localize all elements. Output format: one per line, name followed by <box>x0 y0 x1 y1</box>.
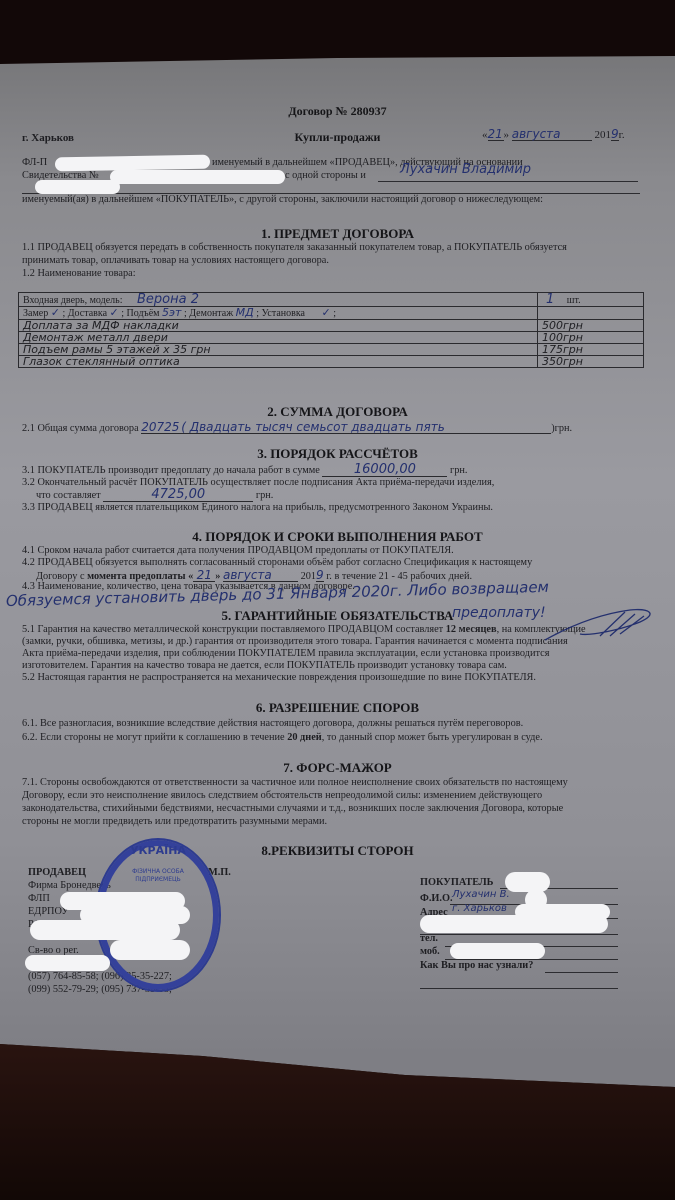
item-price: 500грн <box>538 320 644 332</box>
table-row: Входная дверь, модель: Верона 2 1 шт. <box>19 293 644 307</box>
model-value: Верона 2 <box>137 292 199 307</box>
item-name: Доплата за МДФ накладки <box>19 320 538 332</box>
clause-6-1: 6.1. Все разногласия, возникшие вследств… <box>22 718 523 730</box>
stamp-text: ПІДПРИЄМЕЦЬ <box>97 876 219 883</box>
total-amount-words: ( Двадцать тысяч семьсот двадцать пять <box>181 421 551 434</box>
redaction <box>420 915 608 933</box>
clause-1-1-cont: принимать товар, оплачивать товар на усл… <box>22 255 329 267</box>
qty-unit: шт. <box>567 295 581 306</box>
model-label: Входная дверь, модель: <box>23 295 123 306</box>
section-7-heading: 7. ФОРС-МАЖОР <box>0 760 675 776</box>
clause-5-1-b: (замки, ручки, обшивка, метизы, и др.) г… <box>22 636 568 648</box>
underline <box>420 988 618 989</box>
buyer-name-underline <box>378 181 638 182</box>
redaction <box>110 940 190 960</box>
clause-5-1-d: изготовителем. Гарантия на качество това… <box>22 660 507 672</box>
item-name: Подъем рамы 5 этажей х 35 грн <box>19 344 538 356</box>
text: 6.2. Если стороны не могут прийти к согл… <box>22 732 285 743</box>
table-row: Замер ✓ ; Доставка ✓ ; Подъём 5эт ; Демо… <box>19 307 644 320</box>
item-price: 350грн <box>538 356 644 368</box>
table-row: Доплата за МДФ накладки 500грн <box>19 320 644 332</box>
section-6-heading: 6. РАЗРЕШЕНИЕ СПОРОВ <box>0 700 675 716</box>
intro-line-2: с одной стороны и <box>285 170 366 182</box>
semicolon: ; <box>333 308 336 319</box>
prepayment-label: 3.1 ПОКУПАТЕЛЬ производит предоплату до … <box>22 465 320 476</box>
date-year: 201 <box>595 129 612 141</box>
delivery-label: ; Доставка <box>62 308 107 319</box>
item-price: 175грн <box>538 344 644 356</box>
clause-4-2: 4.2 ПРОДАВЕЦ обязуется выполнять согласо… <box>22 557 532 569</box>
redaction <box>30 920 180 940</box>
qty-value: 1 <box>546 292 554 307</box>
item-name: Глазок стеклянный оптика <box>19 356 538 368</box>
seller-flp-label: ФЛ-П <box>22 157 47 169</box>
tel-label: тел. <box>420 933 438 945</box>
measure-check: ✓ <box>51 306 60 319</box>
text: 5.1 Гарантия на качество металлической к… <box>22 624 443 635</box>
total-label: 2.1 Общая сумма договора <box>22 423 139 434</box>
clause-7-1-d: стороны не могли предвидеть или предотвр… <box>22 816 327 828</box>
handwritten-note-cont: предоплату! <box>452 605 546 621</box>
clause-5-1: 5.1 Гарантия на качество металлической к… <box>22 624 586 636</box>
clause-3-2-cont: что составляет 4725,00 грн. <box>36 489 273 502</box>
clause-5-2: 5.2 Настоящая гарантия не распространяет… <box>22 672 536 684</box>
qty-cell: 1 шт. <box>538 293 644 307</box>
redaction <box>505 872 550 892</box>
model-cell: Входная дверь, модель: Верона 2 <box>19 293 538 307</box>
table-row: Демонтаж металл двери 100грн <box>19 332 644 344</box>
section-3-heading: 3. ПОРЯДОК РАССЧЁТОВ <box>0 446 675 462</box>
buyer-title: ПОКУПАТЕЛЬ <box>420 877 493 889</box>
stamp-text: УКРАЇНА <box>97 844 219 857</box>
redaction <box>25 955 110 971</box>
redaction <box>450 943 545 959</box>
clause-4-1: 4.1 Сроком начала работ считается дата п… <box>22 545 454 557</box>
date-day: 21 <box>488 128 504 141</box>
clause-7-1: 7.1. Стороны освобождаются от ответствен… <box>22 777 568 789</box>
seller-flp: ФЛП <box>28 893 50 905</box>
services-cell: Замер ✓ ; Доставка ✓ ; Подъём 5эт ; Демо… <box>19 307 538 320</box>
clause-3-3: 3.3 ПРОДАВЕЦ является плательщиком Едино… <box>22 502 493 514</box>
underline <box>545 972 618 973</box>
redaction <box>55 155 210 172</box>
date-month: августа <box>512 128 592 141</box>
clause-2-1: 2.1 Общая сумма договора 20725( Двадцать… <box>22 421 572 435</box>
section-4-heading: 4. ПОРЯДОК И СРОКИ ВЫПОЛНЕНИЯ РАБОТ <box>0 529 675 545</box>
final-payment-amount: 4725,00 <box>103 489 253 502</box>
dismantle-label: ; Демонтаж <box>184 308 233 319</box>
signature-mark <box>540 606 660 644</box>
text: , то данный спор может быть урегулирован… <box>322 732 543 743</box>
redaction <box>110 170 285 184</box>
clause-6-2: 6.2. Если стороны не могут прийти к согл… <box>22 732 543 744</box>
buyer-name: Лухачин Владимир <box>400 162 531 177</box>
section-2-heading: 2. СУММА ДОГОВОРА <box>0 404 675 420</box>
intro-line-3: именуемый(ая) в дальнейшем «ПОКУПАТЕЛЬ»,… <box>22 194 543 206</box>
measure-label: Замер <box>23 308 48 319</box>
date-year-unit: г. <box>619 129 625 141</box>
underline <box>420 934 618 935</box>
currency: грн. <box>256 490 273 501</box>
lift-label: ; Подъём <box>121 308 159 319</box>
date-year-digit: 9 <box>611 128 619 141</box>
prepayment-amount: 16000,00 <box>322 464 447 477</box>
dispute-period: 20 дней <box>287 732 322 743</box>
lift-value: 5эт <box>162 306 181 319</box>
item-price: 100грн <box>538 332 644 344</box>
clause-5-1-c: Акта приёма-передачи изделия, при соблюд… <box>22 648 549 660</box>
seller-title: ПРОДАВЕЦ <box>28 867 86 879</box>
final-payment-label: что составляет <box>36 490 101 501</box>
delivery-check: ✓ <box>110 306 119 319</box>
currency: )грн. <box>551 423 572 434</box>
total-amount: 20725 <box>141 421 181 434</box>
contract-title: Договор № 280937 <box>0 104 675 119</box>
clause-3-2: 3.2 Окончательный расчёт ПОКУПАТЕЛЬ осущ… <box>22 477 494 489</box>
fio-value: Лухачин В. <box>452 889 510 900</box>
contract-date: «21» августа 2019г. <box>482 128 625 141</box>
dismantle-value: МД <box>236 306 254 319</box>
clause-7-1-b: Договору, если это неисполнение явилось … <box>22 790 542 802</box>
redaction <box>35 180 120 194</box>
mob-label: моб. <box>420 946 440 958</box>
install-check: ✓ <box>321 306 330 319</box>
source-question: Как Вы про нас узнали? <box>420 960 533 972</box>
currency: грн. <box>450 465 467 476</box>
clause-1-1: 1.1 ПРОДАВЕЦ обязуется передать в собств… <box>22 242 567 254</box>
address-value: г. Харьков <box>452 903 507 914</box>
stamp-text: ФІЗИЧНА ОСОБА <box>97 868 219 875</box>
section-1-heading: 1. ПРЕДМЕТ ДОГОВОРА <box>0 226 675 242</box>
clause-7-1-c: законодательства, стихийными бедствиями,… <box>22 803 563 815</box>
goods-table: Входная дверь, модель: Верона 2 1 шт. За… <box>18 292 644 368</box>
clause-1-2: 1.2 Наименование товара: <box>22 268 136 280</box>
fio-label: Ф.И.О. <box>420 893 453 905</box>
empty-cell <box>538 307 644 320</box>
item-name: Демонтаж металл двери <box>19 332 538 344</box>
install-label: ; Установка <box>256 308 305 319</box>
quote: » <box>504 129 510 141</box>
warranty-period: 12 месяцев <box>446 624 497 635</box>
clause-3-1: 3.1 ПОКУПАТЕЛЬ производит предоплату до … <box>22 464 467 477</box>
table-row: Подъем рамы 5 этажей х 35 грн 175грн <box>19 344 644 356</box>
table-row: Глазок стеклянный оптика 350грн <box>19 356 644 368</box>
